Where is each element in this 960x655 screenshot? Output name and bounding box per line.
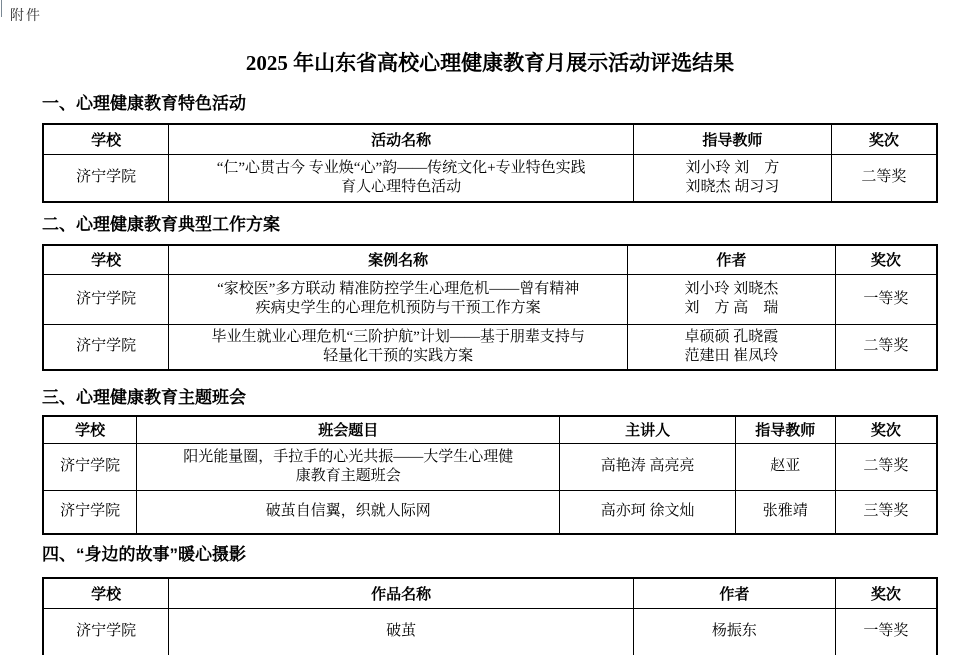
cell-activity-name: “仁”心贯古今 专业焕“心”韵——传统文化+专业特色实践 育人心理特色活动 (169, 154, 634, 202)
col-author: 作者 (634, 578, 836, 608)
cell-advisor: 刘小玲 刘 方 刘晓杰 胡习习 (634, 154, 832, 202)
table-row: 济宁学院 破茧 杨振东 一等奖 (43, 608, 937, 655)
col-school: 学校 (43, 124, 169, 154)
table-warm-photography: 学校 作品名称 作者 奖次 济宁学院 破茧 杨振东 一等奖 (42, 577, 938, 655)
section-3-heading: 三、心理健康教育主题班会 (42, 389, 938, 406)
table-row: 济宁学院 毕业生就业心理危机“三阶护航”计划——基于朋辈支持与 轻量化干预的实践… (43, 324, 937, 370)
cell-award: 二等奖 (831, 154, 937, 202)
cell-meeting-topic: 破茧自信翼，织就人际网 (137, 490, 560, 534)
section-4-heading: 四、“身边的故事”暖心摄影 (42, 546, 938, 563)
cell-author: 杨振东 (634, 608, 836, 655)
table-header-row: 学校 作品名称 作者 奖次 (43, 578, 937, 608)
cell-work-name: 破茧 (169, 608, 634, 655)
col-case-name: 案例名称 (169, 245, 628, 274)
table-featured-activities: 学校 活动名称 指导教师 奖次 济宁学院 “仁”心贯古今 专业焕“心”韵——传统… (42, 123, 938, 203)
col-author: 作者 (628, 245, 836, 274)
col-speaker: 主讲人 (560, 416, 736, 443)
attachment-label: 附件 (10, 5, 42, 25)
section-2-heading: 二、心理健康教育典型工作方案 (42, 216, 938, 233)
table-header-row: 学校 活动名称 指导教师 奖次 (43, 124, 937, 154)
col-award: 奖次 (831, 124, 937, 154)
cell-award: 一等奖 (835, 274, 937, 324)
col-award: 奖次 (835, 578, 937, 608)
col-school: 学校 (43, 245, 169, 274)
cell-school: 济宁学院 (43, 490, 137, 534)
cell-author: 刘小玲 刘晓杰 刘 方 高 瑞 (628, 274, 836, 324)
table-typical-work-plans: 学校 案例名称 作者 奖次 济宁学院 “家校医”多方联动 精准防控学生心理危机—… (42, 244, 938, 371)
cell-award: 一等奖 (835, 608, 937, 655)
cell-award: 三等奖 (835, 490, 937, 534)
cell-school: 济宁学院 (43, 274, 169, 324)
col-work-name: 作品名称 (169, 578, 634, 608)
cell-advisor: 赵亚 (735, 443, 835, 490)
document-content: 2025 年山东省高校心理健康教育月展示活动评选结果 一、心理健康教育特色活动 … (42, 0, 938, 655)
cell-author: 卓硕硕 孔晓霞 范建田 崔凤玲 (628, 324, 836, 370)
table-header-row: 学校 班会题目 主讲人 指导教师 奖次 (43, 416, 937, 443)
cell-award: 二等奖 (835, 443, 937, 490)
cell-school: 济宁学院 (43, 608, 169, 655)
cell-school: 济宁学院 (43, 324, 169, 370)
text-cursor-mark (1, 0, 2, 17)
table-row: 济宁学院 破茧自信翼，织就人际网 高亦珂 徐文灿 张雅靖 三等奖 (43, 490, 937, 534)
cell-speaker: 高艳涛 高亮亮 (560, 443, 736, 490)
table-row: 济宁学院 阳光能量圈，手拉手的心光共振——大学生心理健 康教育主题班会 高艳涛 … (43, 443, 937, 490)
col-school: 学校 (43, 578, 169, 608)
table-theme-class-meetings: 学校 班会题目 主讲人 指导教师 奖次 济宁学院 阳光能量圈，手拉手的心光共振—… (42, 415, 938, 535)
col-advisor: 指导教师 (735, 416, 835, 443)
cell-case-name: 毕业生就业心理危机“三阶护航”计划——基于朋辈支持与 轻量化干预的实践方案 (169, 324, 628, 370)
cell-meeting-topic: 阳光能量圈，手拉手的心光共振——大学生心理健 康教育主题班会 (137, 443, 560, 490)
cell-case-name: “家校医”多方联动 精准防控学生心理危机——曾有精神 疾病史学生的心理危机预防与… (169, 274, 628, 324)
table-header-row: 学校 案例名称 作者 奖次 (43, 245, 937, 274)
cell-school: 济宁学院 (43, 154, 169, 202)
col-school: 学校 (43, 416, 137, 443)
section-1-heading: 一、心理健康教育特色活动 (42, 95, 938, 112)
col-award: 奖次 (835, 416, 937, 443)
cell-school: 济宁学院 (43, 443, 137, 490)
col-award: 奖次 (835, 245, 937, 274)
col-advisor: 指导教师 (634, 124, 832, 154)
page-title: 2025 年山东省高校心理健康教育月展示活动评选结果 (42, 0, 938, 77)
col-activity-name: 活动名称 (169, 124, 634, 154)
col-meeting-topic: 班会题目 (137, 416, 560, 443)
cell-advisor: 张雅靖 (735, 490, 835, 534)
cell-speaker: 高亦珂 徐文灿 (560, 490, 736, 534)
table-row: 济宁学院 “家校医”多方联动 精准防控学生心理危机——曾有精神 疾病史学生的心理… (43, 274, 937, 324)
table-row: 济宁学院 “仁”心贯古今 专业焕“心”韵——传统文化+专业特色实践 育人心理特色… (43, 154, 937, 202)
cell-award: 二等奖 (835, 324, 937, 370)
